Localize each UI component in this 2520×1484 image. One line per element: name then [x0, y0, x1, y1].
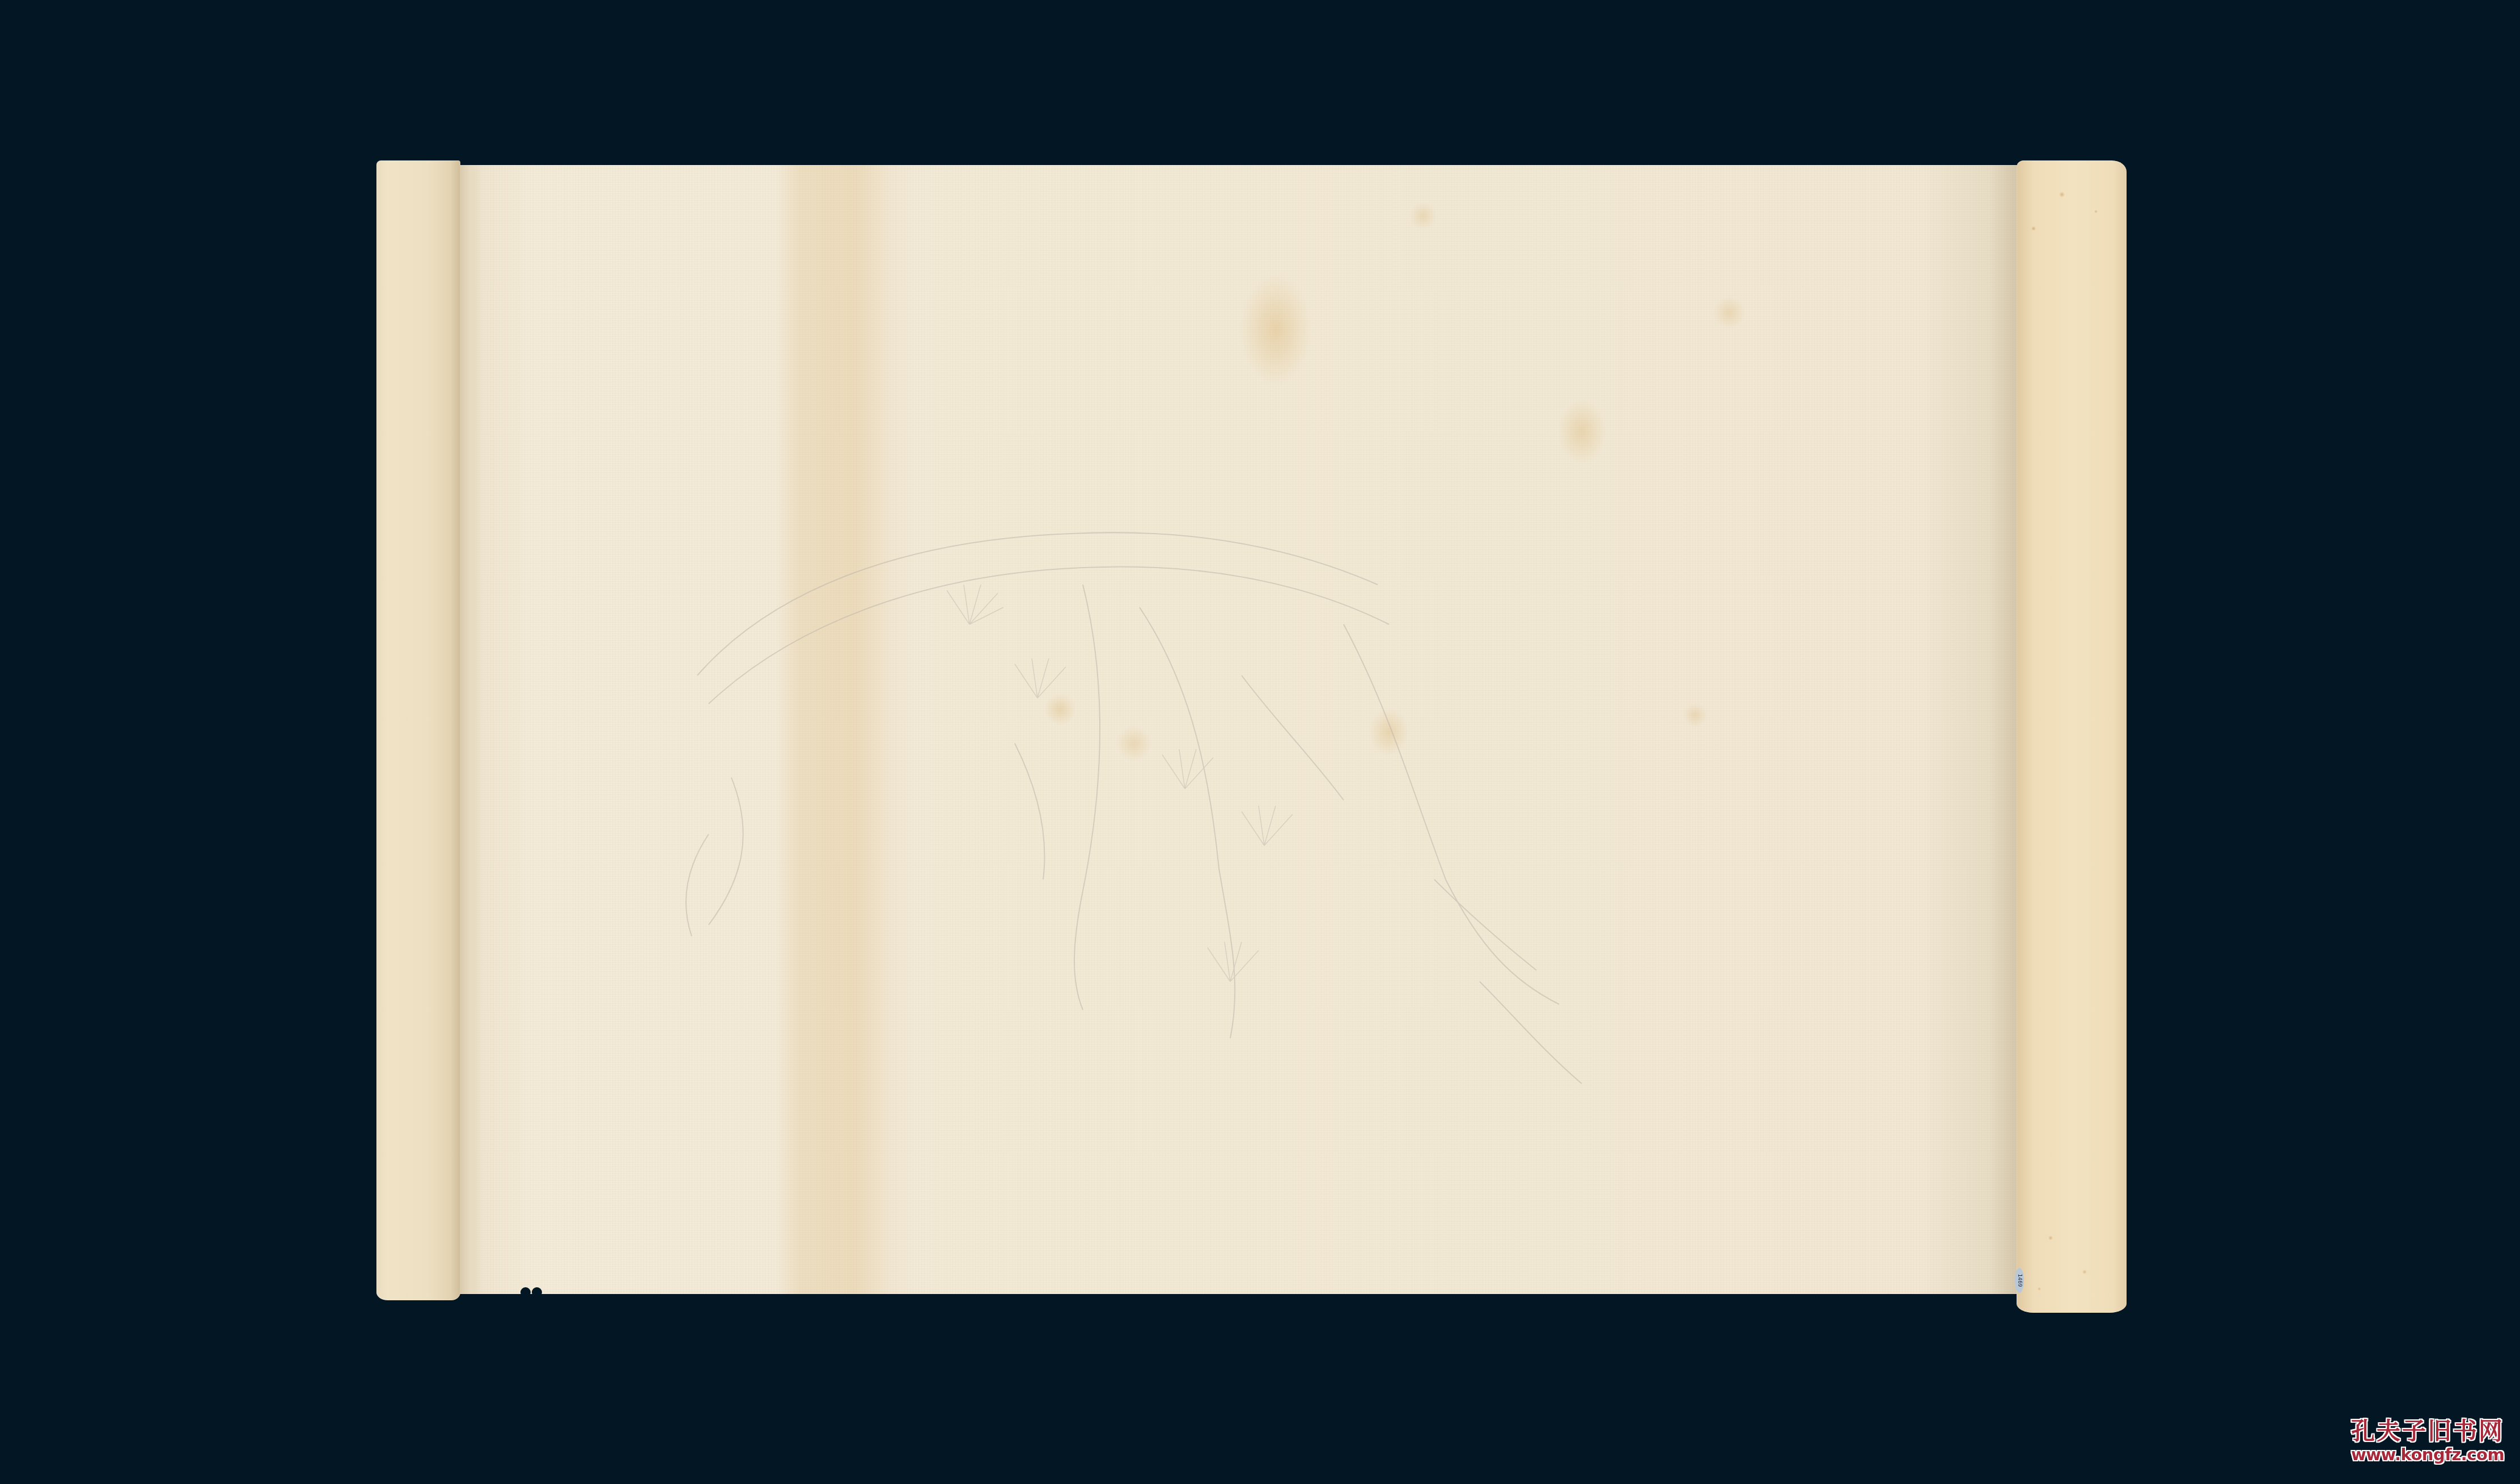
lot-number-sticker: 1469 — [2015, 1268, 2024, 1293]
watermark-chinese: 孔夫子旧书网 — [2345, 1419, 2510, 1443]
right-scroll-roller — [2017, 160, 2127, 1313]
photo-background: 1469 孔夫子旧书网 www.kongfz.com — [0, 0, 2520, 1484]
roller-foxing — [2017, 160, 2127, 1313]
faint-pine-drawing — [675, 437, 1604, 1152]
lot-number: 1469 — [2017, 1274, 2022, 1287]
scroll-paper — [448, 165, 2030, 1294]
paper-damage-notch — [520, 1287, 531, 1297]
paper-damage-notch — [532, 1287, 542, 1297]
left-scroll-roller — [376, 160, 460, 1300]
watermark-url: www.kongfz.com — [2345, 1447, 2510, 1463]
kongfz-watermark: 孔夫子旧书网 www.kongfz.com — [2345, 1419, 2510, 1463]
